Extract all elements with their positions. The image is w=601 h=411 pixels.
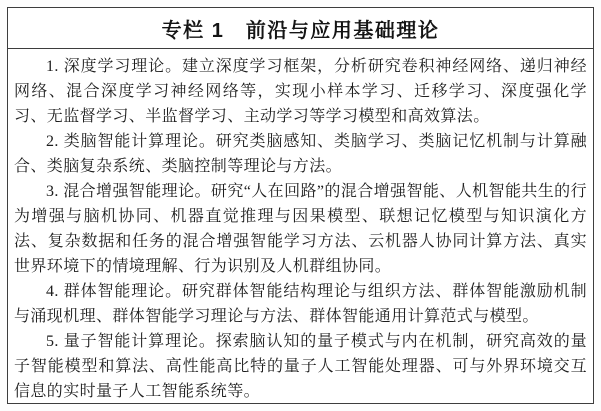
- column-body: 1. 深度学习理论。建立深度学习框架，分析研究卷积神经网络、递归神经网络、混合深…: [8, 49, 593, 404]
- column-title: 专栏 1 前沿与应用基础理论: [8, 8, 593, 49]
- paragraph-swarm-intelligence-theory: 4. 群体智能理论。研究群体智能结构理论与组织方法、群体智能激励机制与涌现机理、…: [14, 279, 587, 329]
- paragraph-quantum-intelligent-computing-theory: 5. 量子智能计算理论。探索脑认知的量子模式与内在机制，研究高效的量子智能模型和…: [14, 329, 587, 404]
- paragraph-hybrid-augmented-intelligence-theory: 3. 混合增强智能理论。研究“人在回路”的混合增强智能、人机智能共生的行为增强与…: [14, 179, 587, 279]
- paragraph-deep-learning-theory: 1. 深度学习理论。建立深度学习框架，分析研究卷积神经网络、递归神经网络、混合深…: [14, 54, 587, 129]
- paragraph-brain-inspired-computing-theory: 2. 类脑智能计算理论。研究类脑感知、类脑学习、类脑记忆机制与计算融合、类脑复杂…: [14, 129, 587, 179]
- column-box: 专栏 1 前沿与应用基础理论 1. 深度学习理论。建立深度学习框架，分析研究卷积…: [7, 7, 594, 404]
